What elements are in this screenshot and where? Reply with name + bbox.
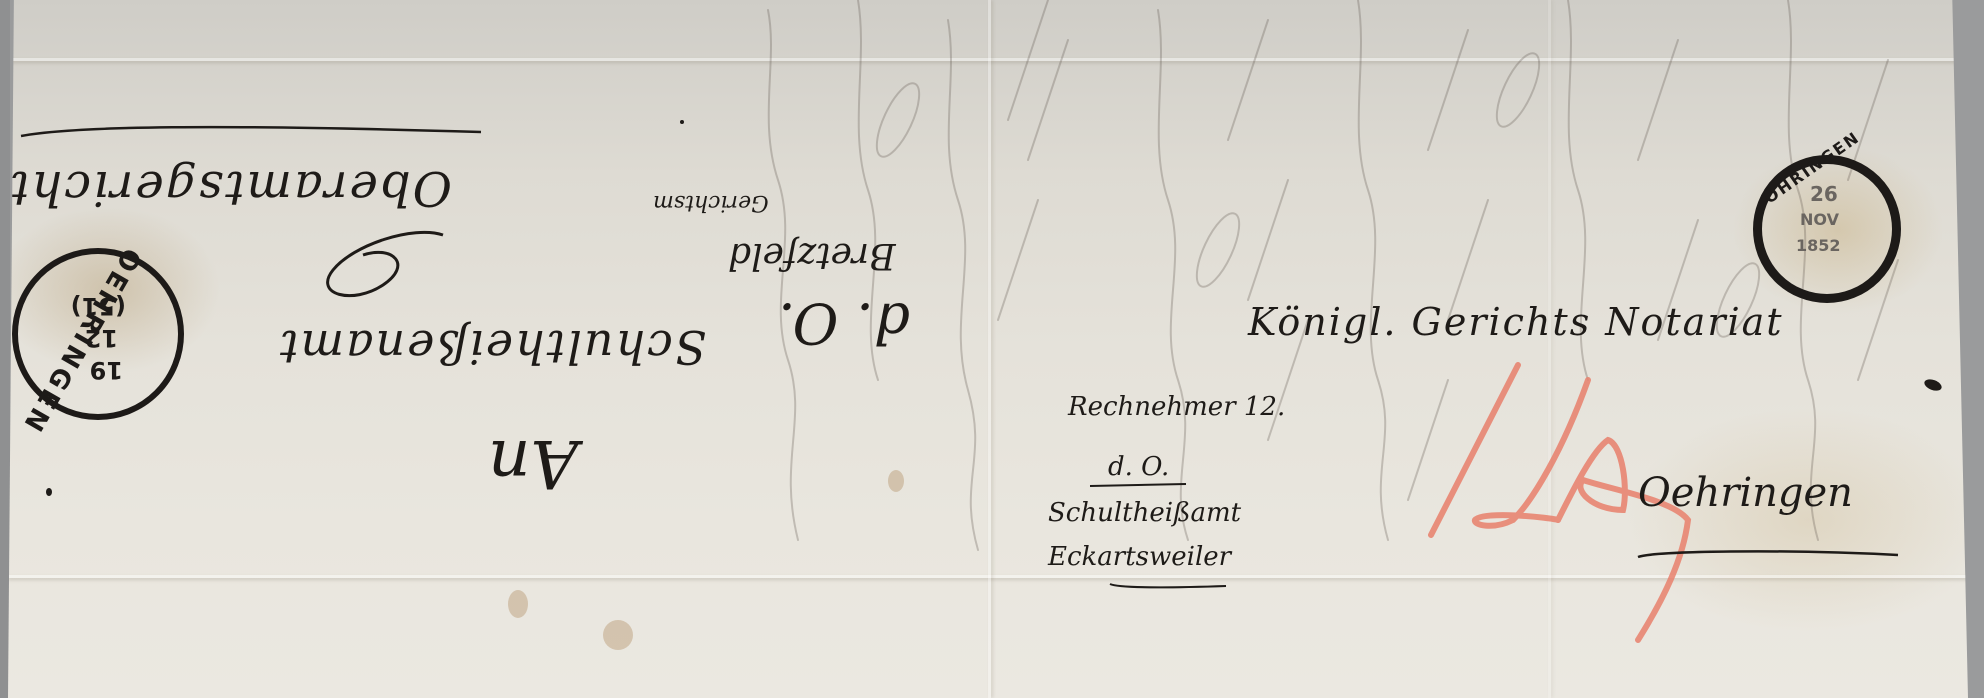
address-recipient: Königl. Gerichts Notariat — [1248, 300, 1784, 344]
handwriting-d-o: d. O. — [778, 290, 910, 355]
note-line-1: Rechnehmer 12. — [1068, 392, 1285, 422]
address-place: Oehringen — [1638, 470, 1853, 516]
handwriting-flourish-s — [293, 225, 463, 305]
handwriting-schultheissenamt: Schultheißenamt — [278, 320, 706, 374]
handwriting-an: An — [488, 425, 578, 502]
note-line-4: Eckartsweiler — [1048, 542, 1231, 572]
handwriting-oberamtsgericht: Oberamtsgericht — [8, 160, 452, 216]
address-underline — [1633, 545, 1903, 565]
postmark-oehringen-right: ÖHRINGEN 26 NOV 1852 — [1753, 155, 1901, 303]
stain — [508, 590, 528, 618]
ink-blot-small — [46, 488, 52, 496]
underline-rule — [16, 120, 486, 140]
handwriting-small: Gerichtsm — [653, 190, 769, 215]
letter-paper: Oberamtsgericht Schultheißenamt An d. O.… — [8, 0, 1968, 698]
stain — [888, 470, 904, 492]
stain — [603, 620, 633, 650]
note-line-3: Schultheißamt — [1048, 498, 1241, 528]
note-line-2: d. O. — [1108, 452, 1169, 482]
handwriting-bretzfeld: Bretzfeld — [728, 235, 896, 276]
background-shadow — [0, 0, 10, 698]
postmark-oehringen-left: OEHRINGEN 19 12 (51) — [12, 248, 184, 420]
ink-speck — [680, 120, 684, 124]
note-underline-2 — [1108, 580, 1228, 592]
note-underline — [1088, 480, 1188, 490]
